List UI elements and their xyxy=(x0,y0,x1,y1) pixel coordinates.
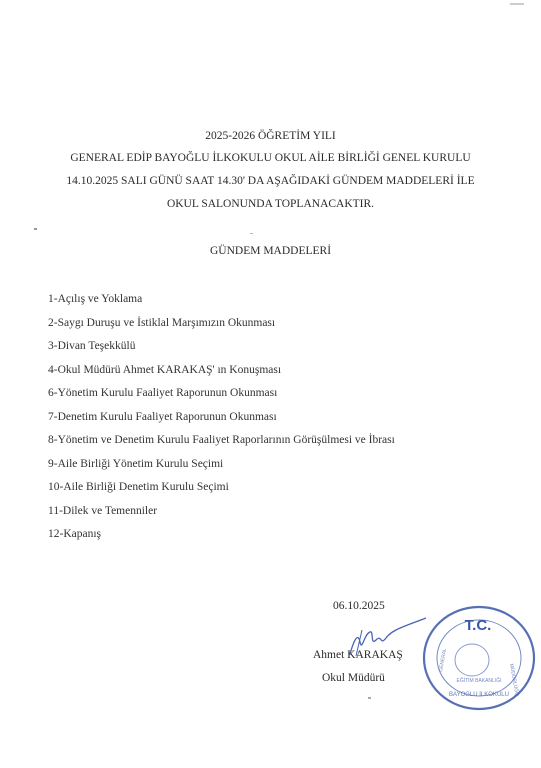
scan-artifact xyxy=(34,228,37,230)
svg-text:MÜDÜRLÜĞÜ: MÜDÜRLÜĞÜ xyxy=(508,663,521,697)
scan-artifact xyxy=(368,697,371,699)
agenda-item: 11-Dilek ve Temenniler xyxy=(48,505,157,517)
signature-date: 06.10.2025 xyxy=(333,600,385,612)
agenda-item: 10-Aile Birliği Denetim Kurulu Seçimi xyxy=(48,481,229,493)
signatory-name: Ahmet KARAKAŞ xyxy=(313,649,403,661)
header-year: 2025-2026 ÖĞRETİM YILI xyxy=(0,130,541,142)
agenda-item: 8-Yönetim ve Denetim Kurulu Faaliyet Rap… xyxy=(48,434,395,446)
agenda-item: 3-Divan Teşekkülü xyxy=(48,340,135,352)
svg-text:GENERAL: GENERAL xyxy=(438,648,448,673)
svg-text:T.C.: T.C. xyxy=(465,617,492,634)
header-school: GENERAL EDİP BAYOĞLU İLKOKULU OKUL AİLE … xyxy=(0,152,541,164)
document-page: 2025-2026 ÖĞRETİM YILI GENERAL EDİP BAYO… xyxy=(0,0,541,768)
agenda-item: 7-Denetim Kurulu Faaliyet Raporunun Okun… xyxy=(48,411,277,423)
signatory-title: Okul Müdürü xyxy=(322,672,385,684)
agenda-item: 12-Kapanış xyxy=(48,528,101,540)
header-meeting-time: 14.10.2025 SALI GÜNÜ SAAT 14.30' DA AŞAĞ… xyxy=(0,175,541,187)
svg-text:EĞİTİM BAKANLIĞI: EĞİTİM BAKANLIĞI xyxy=(456,677,501,684)
agenda-title: GÜNDEM MADDELERİ xyxy=(0,245,541,257)
header-location: OKUL SALONUNDA TOPLANACAKTIR. xyxy=(0,198,541,210)
official-seal-icon: T.C. BAYOĞLU İLKOKULU MÜDÜRLÜĞÜ GENERAL … xyxy=(420,604,538,712)
scan-artifact xyxy=(250,233,253,234)
svg-text:BAYOĞLU İLKOKULU: BAYOĞLU İLKOKULU xyxy=(449,691,509,698)
agenda-item: 9-Aile Birliği Yönetim Kurulu Seçimi xyxy=(48,458,223,470)
agenda-item: 6-Yönetim Kurulu Faaliyet Raporunun Okun… xyxy=(48,387,277,399)
agenda-item: 1-Açılış ve Yoklama xyxy=(48,293,142,305)
agenda-item: 4-Okul Müdürü Ahmet KARAKAŞ' ın Konuşmas… xyxy=(48,364,281,376)
scan-artifact xyxy=(510,3,524,5)
agenda-item: 2-Saygı Duruşu ve İstiklal Marşımızın Ok… xyxy=(48,317,275,329)
